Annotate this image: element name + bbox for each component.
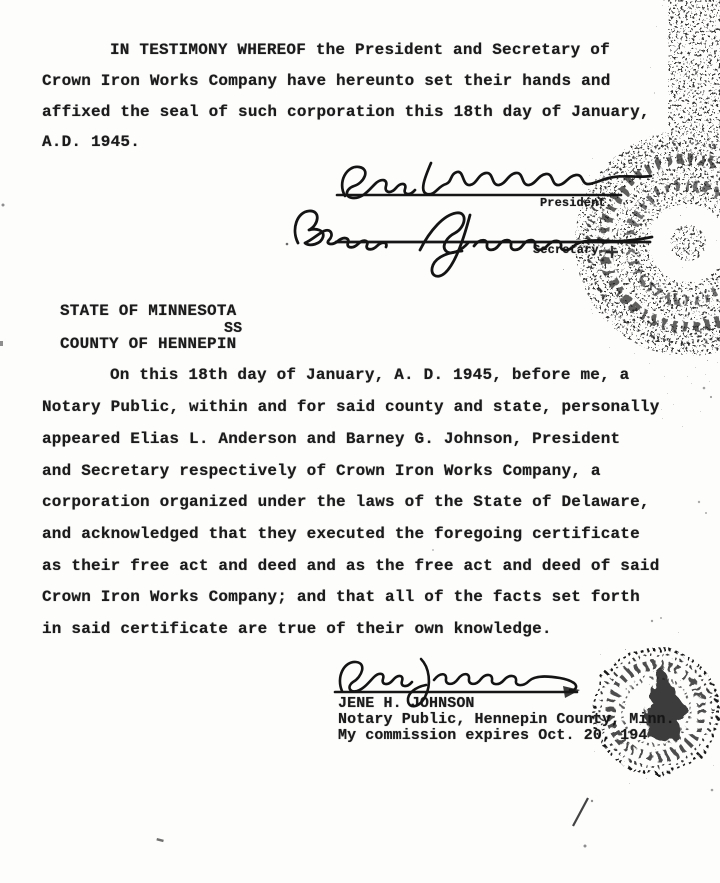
ack-line-2: Notary Public, within and for said count… (42, 399, 660, 416)
president-signature-script (342, 163, 651, 198)
ink-blot (563, 686, 580, 698)
notary-title-line: Notary Public, Hennepin County, Minn. (338, 712, 675, 728)
ack-line-5: corporation organized under the laws of … (42, 494, 650, 511)
testimony-line-4: A.D. 1945. (42, 134, 140, 151)
testimony-line-2: Crown Iron Works Company have hereunto s… (42, 73, 611, 90)
ack-line-8: Crown Iron Works Company; and that all o… (42, 589, 640, 606)
notary-commission-line: My commission expires Oct. 20, 194 (338, 728, 647, 744)
secretary-label: Secretary (533, 244, 599, 257)
ack-line-9: in said certificate are true of their ow… (42, 621, 552, 638)
seal-center-figure (644, 668, 687, 740)
testimony-line-1: IN TESTIMONY WHEREOF the President and S… (110, 42, 610, 59)
ack-line-3: appeared Elias L. Anderson and Barney G.… (42, 431, 620, 448)
scanned-document: IN TESTIMONY WHEREOF the President and S… (0, 0, 720, 883)
venue-county: COUNTY OF HENNEPIN (60, 336, 236, 353)
ack-line-7: as their free act and deed and as the fr… (42, 558, 660, 575)
notary-typed-name: JENE H. JOHNSON (338, 696, 475, 712)
testimony-line-3: affixed the seal of such corporation thi… (42, 104, 650, 121)
venue-state: STATE OF MINNESOTA (60, 303, 236, 320)
president-label: President (540, 197, 606, 210)
ack-line-4: and Secretary respectively of Crown Iron… (42, 463, 601, 480)
seal-star-mark (606, 246, 618, 258)
ack-line-6: and acknowledged that they executed the … (42, 526, 640, 543)
ack-line-1: On this 18th day of January, A. D. 1945,… (110, 367, 629, 384)
